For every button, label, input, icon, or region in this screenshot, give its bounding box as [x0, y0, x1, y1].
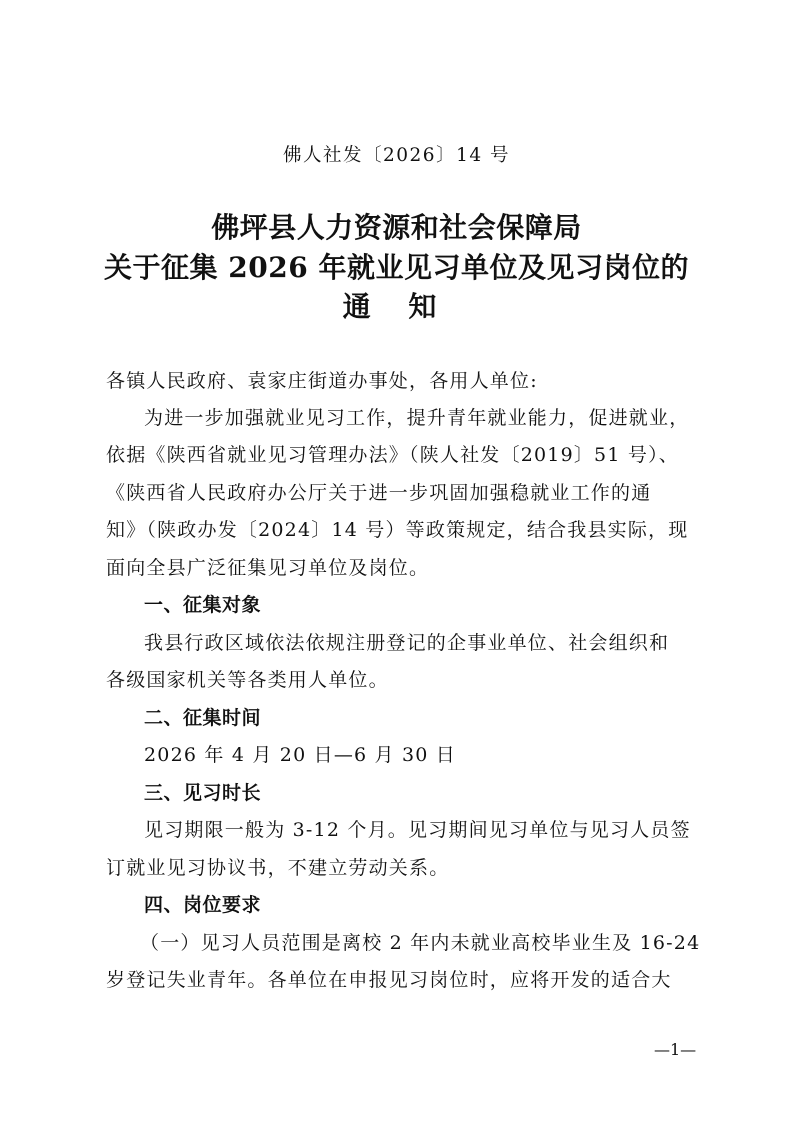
section-heading-3: 三、见习时长 — [144, 781, 261, 805]
salutation: 各镇人民政府、袁家庄街道办事处，各用人单位: — [106, 369, 538, 393]
section-1-line: 各级国家机关等各类用人单位。 — [106, 668, 389, 692]
intro-line: 知》（陕政办发〔2024〕14 号）等政策规定，结合我县实际，现 — [106, 518, 688, 542]
page-number: —1— — [654, 1040, 696, 1059]
section-3-line: 见习期限一般为 3-12 个月。见习期间见习单位与见习人员签 — [144, 818, 691, 842]
section-4-line: 岁登记失业青年。各单位在申报见习岗位时，应将开发的适合大 — [106, 968, 672, 992]
section-2-line: 2026 年 4 月 20 日—6 月 30 日 — [144, 743, 456, 767]
intro-line: 《陕西省人民政府办公厅关于进一步巩固加强稳就业工作的通 — [106, 481, 651, 505]
title-line-1: 佛坪县人力资源和社会保障局 — [0, 210, 793, 246]
intro-line: 为进一步加强就业见习工作，提升青年就业能力，促进就业， — [144, 406, 689, 430]
intro-line: 依据《陕西省就业见习管理办法》（陕人社发〔2019〕51 号）、 — [106, 443, 679, 467]
document-number: 佛人社发〔2026〕14 号 — [0, 144, 793, 168]
intro-line: 面向全县广泛征集见习单位及岗位。 — [106, 556, 429, 580]
title-line-3: 通 知 — [0, 289, 793, 325]
title-line-2: 关于征集 2026 年就业见习单位及见习岗位的 — [0, 250, 793, 286]
section-heading-4: 四、岗位要求 — [144, 893, 261, 917]
section-heading-2: 二、征集时间 — [144, 706, 261, 730]
section-4-line: （一）见习人员范围是离校 2 年内未就业高校毕业生及 16-24 — [140, 931, 700, 955]
section-1-line: 我县行政区域依法依规注册登记的企事业单位、社会组织和 — [144, 631, 669, 655]
section-heading-1: 一、征集对象 — [144, 593, 261, 617]
section-3-line: 订就业见习协议书，不建立劳动关系。 — [106, 856, 449, 880]
